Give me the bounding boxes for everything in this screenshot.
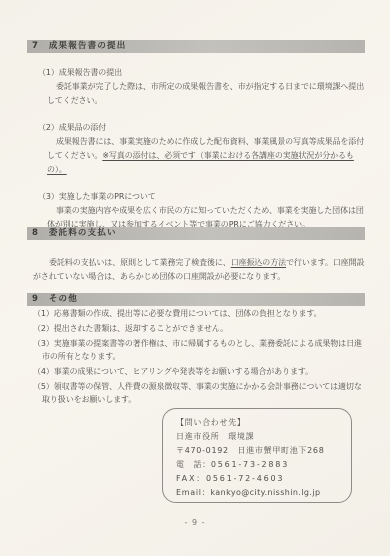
scanned-document-page: 7 成果報告書の提出 （1）成果報告書の提出 委託事業が完了した際は、市所定の成… — [0, 0, 390, 556]
item-3-title: （3）実施した事業のPRについて — [38, 190, 365, 204]
email-address: kankyo@city.nisshin.lg.jp — [210, 488, 320, 497]
contact-email-line: Email：kankyo@city.nisshin.lg.jp — [176, 486, 345, 500]
section-8-body-underlined: 口座振込の方法 — [231, 258, 286, 267]
section-7-heading-bar: 7 成果報告書の提出 — [27, 40, 365, 53]
section-8: 8 委託料の支払い 委託料の支払いは、原則として業務完了検査後に、口座振込の方法… — [27, 227, 365, 284]
tel-label: 電 話： — [176, 460, 211, 469]
contact-tel-line: 電 話：0561-73-2883 — [176, 458, 345, 472]
section-9-list: （1）応募書類の作成、提出等に必要な費用については、団体の負担となります。 （2… — [27, 307, 365, 406]
contact-title: 【問い合わせ先】 — [176, 416, 345, 430]
fax-label: FAX： — [176, 474, 206, 483]
section-8-body: 委託料の支払いは、原則として業務完了検査後に、口座振込の方法で行います。口座開設… — [33, 256, 365, 284]
email-label: Email： — [176, 488, 210, 497]
list-item: （4）事業の成果について、ヒアリングや発表等をお願いする場合があります。 — [27, 365, 365, 378]
section-9: 9 その他 （1）応募書類の作成、提出等に必要な費用については、団体の負担となり… — [27, 293, 365, 408]
item-1-body: 委託事業が完了した際は、市所定の成果報告書を、市が指定する日までに環境課へ提出し… — [47, 80, 365, 108]
list-item: （5）領収書等の保管、人件費の源泉徴収等、事業の実施にかかる会計事務については適… — [27, 380, 365, 406]
section-7-item-3: （3）実施した事業のPRについて 事業の実施内容や成果を広く市民の方に知っていた… — [27, 190, 365, 232]
section-7-item-1: （1）成果報告書の提出 委託事業が完了した際は、市所定の成果報告書を、市が指定す… — [27, 66, 365, 108]
contact-fax-line: FAX：0561-72-4603 — [176, 472, 345, 486]
contact-info-box: 【問い合わせ先】 日進市役所 環境課 〒470-0192 日進市蟹甲町池下268… — [162, 408, 352, 503]
list-item: （3）実施事業の提案書等の著作権は、市に帰属するものとし、業務委託による成果物は… — [27, 337, 365, 363]
item-1-title: （1）成果報告書の提出 — [38, 66, 365, 80]
list-item: （2）提出された書類は、返却することができません。 — [27, 322, 365, 335]
contact-address: 〒470-0192 日進市蟹甲町池下268 — [176, 444, 345, 458]
section-9-heading-bar: 9 その他 — [27, 293, 365, 306]
tel-number: 0561-73-2883 — [211, 460, 289, 469]
item-2-title: （2）成果品の添付 — [38, 121, 365, 135]
contact-office: 日進市役所 環境課 — [176, 430, 345, 444]
page-number: - 9 - — [0, 516, 390, 530]
item-2-body: 成果報告書には、事業実施のために作成した配布資料、事業風景の写真等成果品を添付し… — [47, 135, 365, 177]
section-8-body-before: 委託料の支払いは、原則として業務完了検査後に、 — [49, 258, 231, 267]
section-7: 7 成果報告書の提出 （1）成果報告書の提出 委託事業が完了した際は、市所定の成… — [27, 40, 365, 232]
fax-number: 0561-72-4603 — [206, 474, 284, 483]
list-item: （1）応募書類の作成、提出等に必要な費用については、団体の負担となります。 — [27, 307, 365, 320]
section-7-item-2: （2）成果品の添付 成果報告書には、事業実施のために作成した配布資料、事業風景の… — [27, 121, 365, 177]
section-8-heading-bar: 8 委託料の支払い — [27, 227, 365, 240]
